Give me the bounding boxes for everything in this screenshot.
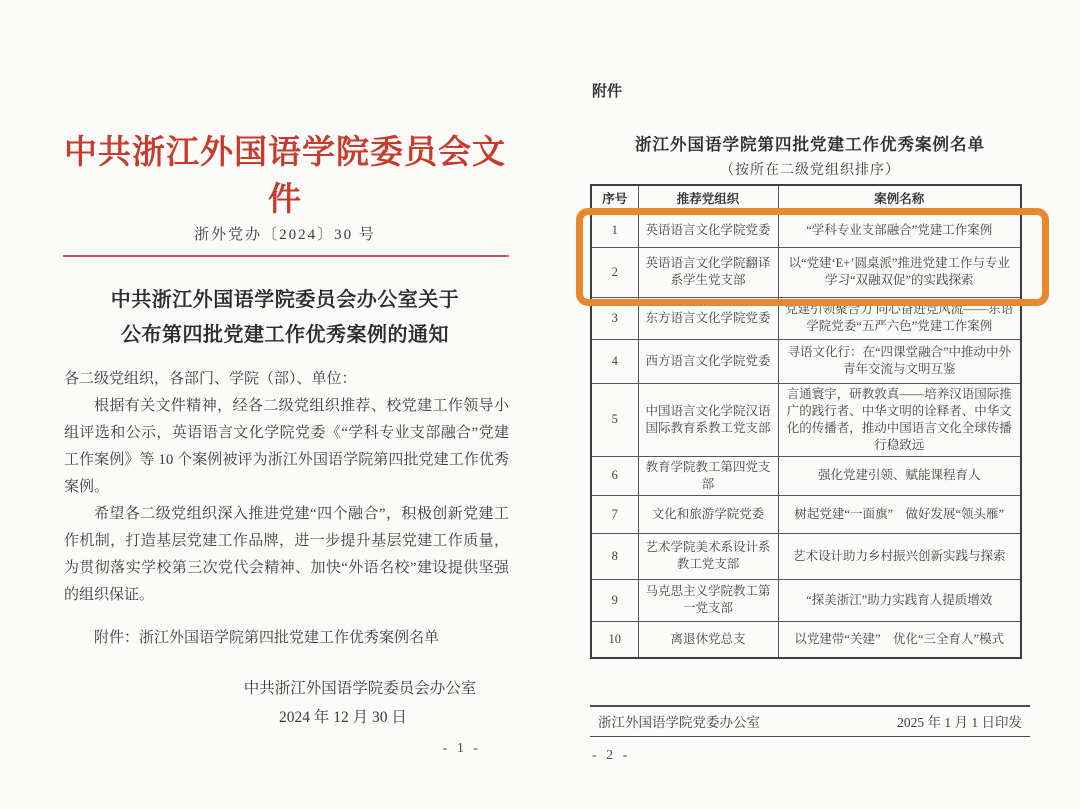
table-row: 5中国语言文化学院汉语国际教育系教工党支部言通寰宇，研教敦真——培养汉语国际推广… [591, 383, 1021, 456]
table-row: 2英语语言文化学院翻译系学生党支部以“党建‘E+’圆桌派”推进党建工作与专业学习… [591, 247, 1021, 297]
recommending-org: 艺术学院美术系设计系教工党支部 [638, 533, 778, 579]
document-body: 各二级党组织，各部门、学院（部）、单位： 根据有关文件精神，经各二级党组织推荐、… [64, 366, 509, 652]
case-name: 党建引领聚合力 同心奋进竞风流——东语学院党委“五严六色”党建工作案例 [778, 297, 1021, 339]
red-divider-rule [63, 255, 509, 257]
table-row: 7文化和旅游学院党委树起党建“一面旗” 做好发展“领头雁” [591, 495, 1021, 533]
case-name: 树起党建“一面旗” 做好发展“领头雁” [778, 495, 1021, 533]
case-name: “学科专业支部融合”党建工作案例 [778, 213, 1021, 247]
body-paragraph-1: 根据有关文件精神，经各二级党组织推荐、校党建工作领导小组评选和公示，英语语言文化… [64, 393, 509, 501]
recommending-org: 离退休党总支 [638, 621, 778, 658]
case-serial-number: 8 [591, 533, 638, 579]
case-list-subtitle: （按所在二级党组织排序） [580, 159, 1040, 179]
recommending-org: 英语语言文化学院党委 [638, 213, 778, 247]
attachment-label: 附件 [592, 80, 622, 101]
table-row: 3东方语言文化学院党委党建引领聚合力 同心奋进竞风流——东语学院党委“五严六色”… [591, 297, 1021, 339]
case-name: 寻语文化行：在“四课堂融合”中推动中外青年交流与文明互鉴 [778, 339, 1021, 383]
document-page-2: 附件 浙江外国语学院第四批党建工作优秀案例名单 （按所在二级党组织排序） 序号 … [580, 0, 1040, 809]
document-title: 中共浙江外国语学院委员会办公室关于 公布第四批党建工作优秀案例的通知 [55, 283, 515, 353]
page-number-1: - 1 - [443, 741, 481, 757]
page-number-2: - 2 - [592, 748, 630, 764]
case-name: 以党建带“关建” 优化“三全育人”模式 [778, 621, 1021, 658]
header-serial-number: 序号 [591, 185, 638, 213]
table-row: 6教育学院教工第四党支部强化党建引领、赋能课程育人 [591, 456, 1021, 495]
case-name: “探美浙江”助力实践育人提质增效 [778, 579, 1021, 621]
footer-rule-top [590, 705, 1030, 707]
table-row: 9马克思主义学院教工第一党支部“探美浙江”助力实践育人提质增效 [591, 579, 1021, 621]
case-serial-number: 10 [591, 621, 638, 658]
salutation: 各二级党组织，各部门、学院（部）、单位： [64, 366, 509, 393]
body-paragraph-2: 希望各二级党组织深入推进党建“四个融合”，积极创新党建工作机制，打造基层党建工作… [64, 501, 509, 609]
case-serial-number: 9 [591, 579, 638, 621]
signature-block: 中共浙江外国语学院委员会办公室 2024 年 12 月 30 日 [55, 674, 515, 732]
case-serial-number: 6 [591, 456, 638, 495]
print-date: 2025 年 1 月 1 日印发 [897, 711, 1022, 731]
case-serial-number: 2 [591, 247, 638, 297]
case-serial-number: 4 [591, 339, 638, 383]
case-serial-number: 3 [591, 297, 638, 339]
issuing-office: 浙江外国语学院党委办公室 [598, 711, 760, 731]
case-table: 序号 推荐党组织 案例名称 1英语语言文化学院党委“学科专业支部融合”党建工作案… [590, 184, 1022, 659]
recommending-org: 中国语言文化学院汉语国际教育系教工党支部 [638, 383, 778, 456]
recommending-org: 西方语言文化学院党委 [638, 339, 778, 383]
attachment-note: 附件：浙江外国语学院第四批党建工作优秀案例名单 [64, 625, 509, 652]
footer-rule-bottom [590, 736, 1030, 737]
recommending-org: 英语语言文化学院翻译系学生党支部 [638, 247, 778, 297]
table-row: 10离退休党总支以党建带“关建” 优化“三全育人”模式 [591, 621, 1021, 658]
case-serial-number: 7 [591, 495, 638, 533]
document-title-line1: 中共浙江外国语学院委员会办公室关于 [55, 283, 515, 318]
case-list-title: 浙江外国语学院第四批党建工作优秀案例名单 [580, 131, 1040, 155]
case-name: 言通寰宇，研教敦真——培养汉语国际推广的践行者、中华文明的诠释者、中华文化的传播… [778, 383, 1021, 456]
header-recommending-org: 推荐党组织 [638, 185, 778, 213]
case-name: 以“党建‘E+’圆桌派”推进党建工作与专业学习“双融双促”的实践探索 [778, 247, 1021, 297]
case-serial-number: 5 [591, 383, 638, 456]
red-document-header: 中共浙江外国语学院委员会文件 [55, 126, 515, 220]
header-case-name: 案例名称 [778, 185, 1021, 213]
colophon: 浙江外国语学院党委办公室 2025 年 1 月 1 日印发 [590, 711, 1030, 731]
table-row: 8艺术学院美术系设计系教工党支部艺术设计助力乡村振兴创新实践与探索 [591, 533, 1021, 579]
document-number: 浙外党办〔2024〕30 号 [55, 223, 515, 244]
signature-date: 2024 年 12 月 30 日 [171, 703, 515, 732]
document-title-line2: 公布第四批党建工作优秀案例的通知 [55, 318, 515, 353]
table-row: 4西方语言文化学院党委寻语文化行：在“四课堂融合”中推动中外青年交流与文明互鉴 [591, 339, 1021, 383]
recommending-org: 东方语言文化学院党委 [638, 297, 778, 339]
recommending-org: 教育学院教工第四党支部 [638, 456, 778, 495]
recommending-org: 马克思主义学院教工第一党支部 [638, 579, 778, 621]
case-name: 艺术设计助力乡村振兴创新实践与探索 [778, 533, 1021, 579]
signer-name: 中共浙江外国语学院委员会办公室 [205, 674, 515, 703]
case-serial-number: 1 [591, 213, 638, 247]
table-row: 1英语语言文化学院党委“学科专业支部融合”党建工作案例 [591, 213, 1021, 247]
document-page-1: 中共浙江外国语学院委员会文件 浙外党办〔2024〕30 号 中共浙江外国语学院委… [55, 0, 515, 809]
table-header-row: 序号 推荐党组织 案例名称 [591, 185, 1021, 213]
recommending-org: 文化和旅游学院党委 [638, 495, 778, 533]
case-name: 强化党建引领、赋能课程育人 [778, 456, 1021, 495]
